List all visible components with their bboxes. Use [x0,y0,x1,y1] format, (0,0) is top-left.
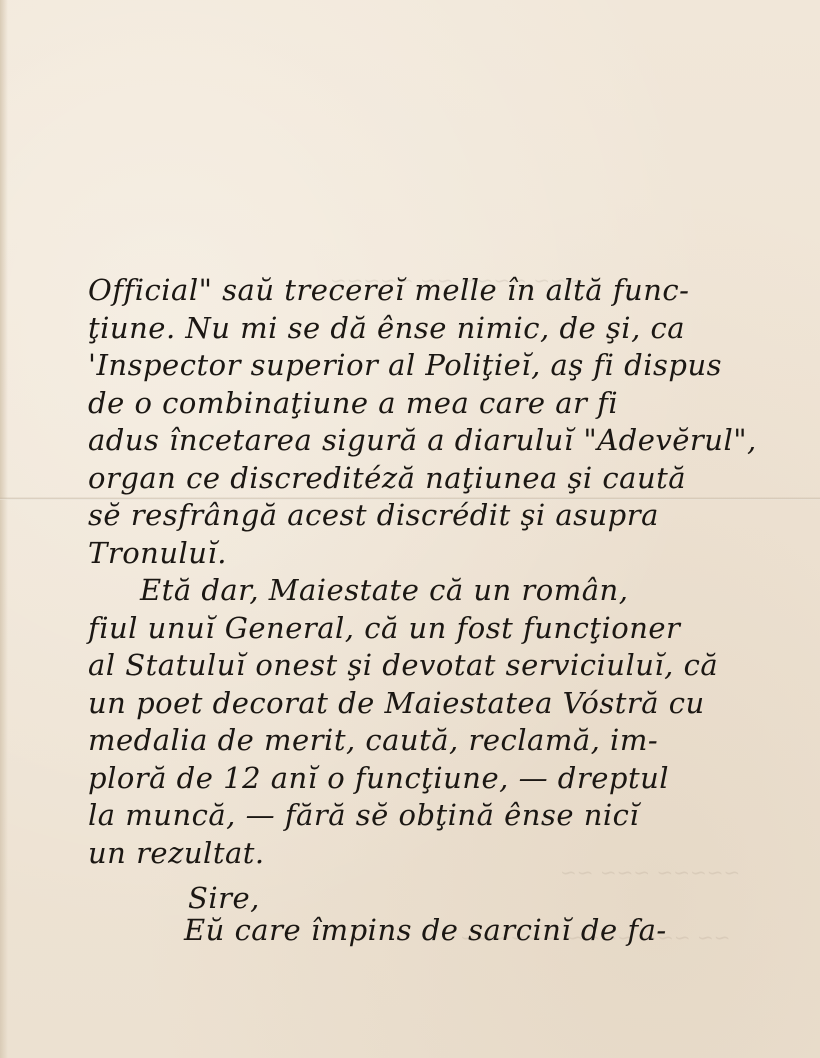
text-line: un rezultat. [88,835,810,873]
text-line: adus încetarea sigură a diaruluĭ "Adevĕr… [88,422,810,460]
text-line: Tronuluĭ. [88,535,810,573]
text-line: de o combinaţiune a mea care ar fi [88,385,810,423]
text-line: organ ce discreditéză naţiunea şi caută [88,460,810,498]
text-line: ploră de 12 anĭ o funcţiune, — dreptul [88,760,810,798]
text-line: un poet decorat de Maiestatea Vóstră cu [88,685,810,723]
text-line: al Statuluĭ onest şi devotat serviciuluĭ… [88,647,810,685]
letter-page: ~~~ ~~~~ ~~ ~~~~~ ~~~~~ ~~~ ~~ ~~ ~~~ ~~… [0,0,820,1058]
letter-body: Official" saŭ trecereĭ melle în altă fun… [88,272,810,949]
text-line: sĕ resfrângă acest discrédit şi asupra [88,497,810,535]
text-line: la muncă, — fără sĕ obţină ênse nicĭ [88,797,810,835]
text-line: Official" saŭ trecereĭ melle în altă fun… [88,272,810,310]
text-line-paragraph-start: Etă dar, Maiestate că un român, [88,572,810,610]
text-line: fiul unuĭ General, că un fost funcţioner [88,610,810,648]
paper-edge-shadow [0,0,8,1058]
text-line: medalia de merit, caută, reclamă, im- [88,722,810,760]
text-line: Eŭ care împins de sarcinĭ de fa- [88,912,810,950]
text-line: ţiune. Nu mi se dă ênse nimic, de şi, ca [88,310,810,348]
text-line: 'Inspector superior al Poliţieĭ, aş fi d… [88,347,810,385]
